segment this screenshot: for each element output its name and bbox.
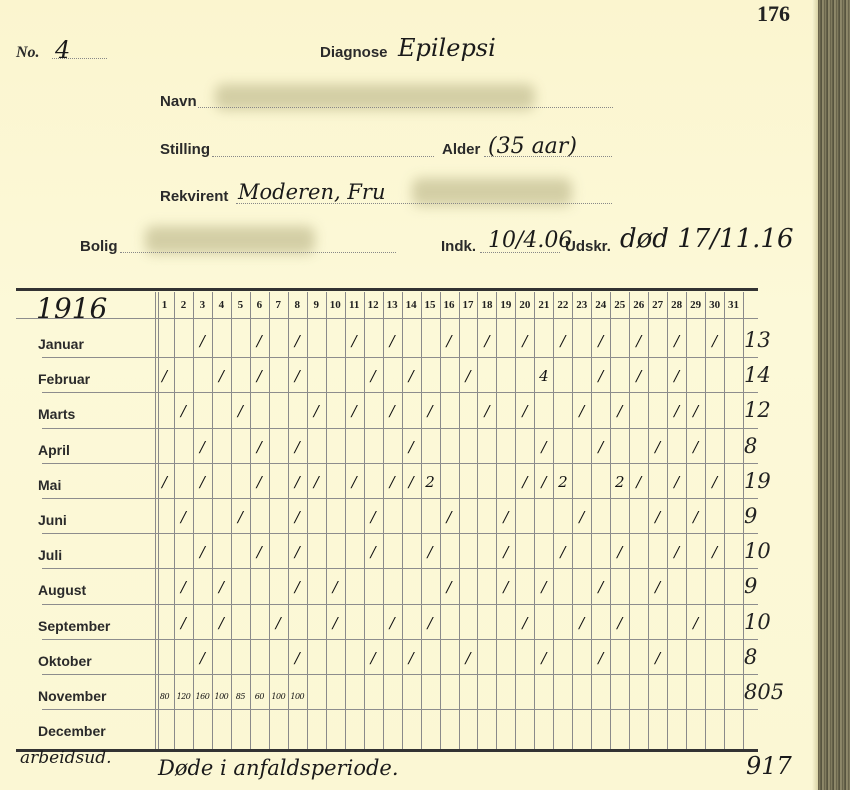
bolig-redacted [145, 226, 315, 254]
udskr-label: Udskr. [565, 238, 611, 255]
day-header: 17 [459, 292, 478, 318]
seizure-mark: / [686, 438, 705, 456]
seizure-mark: / [591, 438, 610, 456]
day-header: 8 [288, 292, 307, 318]
day-header: 15 [421, 292, 440, 318]
rekvirent-value: Moderen, Fru [238, 180, 386, 204]
day-header: 16 [440, 292, 459, 318]
grid-column-line [553, 292, 554, 749]
no-label: No. [16, 44, 40, 62]
day-header: 21 [534, 292, 553, 318]
navn-label: Navn [160, 93, 197, 110]
seizure-mark: / [667, 543, 686, 561]
row-rule [42, 428, 758, 429]
seizure-mark: / [648, 438, 667, 456]
row-rule [42, 639, 758, 640]
day-header: 10 [326, 292, 345, 318]
seizure-mark: 80 [155, 692, 174, 701]
month-total: 12 [744, 398, 790, 422]
month-total: 8 [744, 434, 790, 458]
table-top-rule [16, 288, 758, 291]
grid-column-line [326, 292, 327, 749]
seizure-mark: / [477, 402, 496, 420]
seizure-mark: / [440, 332, 459, 350]
seizure-mark: / [402, 473, 421, 491]
seizure-mark: / [345, 402, 364, 420]
month-label: Juni [38, 512, 67, 528]
grid-column-line [383, 292, 384, 749]
row-rule [42, 533, 758, 534]
seizure-mark: / [705, 543, 724, 561]
month-label: August [38, 582, 86, 598]
grid-column-line [515, 292, 516, 749]
month-total: 14 [744, 363, 790, 387]
seizure-mark: / [496, 543, 515, 561]
month-label: December [38, 723, 106, 739]
footer-left-note: arbeidsud. [20, 748, 111, 768]
seizure-mark: / [231, 402, 250, 420]
day-header: 27 [648, 292, 667, 318]
seizure-mark: / [629, 367, 648, 385]
row-rule [42, 709, 758, 710]
grid-column-line [193, 292, 194, 749]
month-total: 8 [744, 645, 790, 669]
seizure-mark: / [288, 438, 307, 456]
month-label: Juli [38, 547, 62, 563]
month-label: Januar [38, 336, 84, 352]
day-header-row: 1234567891011121314151617181920212223242… [155, 292, 743, 318]
seizure-mark: / [364, 508, 383, 526]
seizure-mark: / [667, 332, 686, 350]
month-total: 9 [744, 504, 790, 528]
seizure-mark: / [591, 367, 610, 385]
seizure-mark: / [174, 402, 193, 420]
day-header: 22 [553, 292, 572, 318]
seizure-mark: / [250, 367, 269, 385]
seizure-mark: / [534, 578, 553, 596]
seizure-mark: / [288, 367, 307, 385]
seizure-mark: / [402, 438, 421, 456]
seizure-log-table: 1916 12345678910111213141516171819202122… [16, 288, 758, 750]
row-rule [42, 357, 758, 358]
day-header: 11 [345, 292, 364, 318]
seizure-mark: / [383, 614, 402, 632]
seizure-mark: / [155, 473, 174, 491]
seizure-mark: / [402, 367, 421, 385]
seizure-mark: / [648, 649, 667, 667]
seizure-mark: / [667, 473, 686, 491]
month-label: Februar [38, 371, 90, 387]
seizure-mark: / [193, 649, 212, 667]
grid-column-line [667, 292, 668, 749]
seizure-mark: / [591, 649, 610, 667]
day-header: 12 [364, 292, 383, 318]
row-rule [42, 568, 758, 569]
day-header: 24 [591, 292, 610, 318]
day-header: 19 [496, 292, 515, 318]
grid-column-line [421, 292, 422, 749]
seizure-mark: / [193, 543, 212, 561]
day-header: 7 [269, 292, 288, 318]
grid-column-line [534, 292, 535, 749]
grid-column-line [610, 292, 611, 749]
seizure-mark: / [345, 473, 364, 491]
month-label: April [38, 442, 70, 458]
seizure-mark: 120 [174, 692, 193, 701]
month-total: 9 [744, 574, 790, 598]
seizure-mark: / [515, 402, 534, 420]
seizure-mark: / [648, 508, 667, 526]
page-number: 176 [757, 1, 790, 27]
ledger-page: 176 No. 4 Diagnose Epilepsi Navn Stillin… [0, 0, 818, 790]
seizure-mark: / [610, 614, 629, 632]
seizure-mark: / [686, 402, 705, 420]
indk-dotted-line [480, 252, 560, 253]
month-label: September [38, 618, 110, 634]
grid-column-line [477, 292, 478, 749]
seizure-mark: / [629, 332, 648, 350]
seizure-mark: / [477, 332, 496, 350]
seizure-mark: / [686, 614, 705, 632]
seizure-mark: 85 [231, 692, 250, 701]
month-total: 13 [744, 328, 790, 352]
seizure-mark: / [250, 543, 269, 561]
seizure-mark: / [440, 578, 459, 596]
seizure-mark: / [421, 402, 440, 420]
seizure-mark: / [174, 508, 193, 526]
day-header: 5 [231, 292, 250, 318]
seizure-mark: / [364, 649, 383, 667]
indk-label: Indk. [441, 238, 476, 255]
grid-column-line [402, 292, 403, 749]
grid-column-line [212, 292, 213, 749]
diagnose-label: Diagnose [320, 44, 388, 61]
day-header: 25 [610, 292, 629, 318]
grid-column-line [307, 292, 308, 749]
seizure-mark: / [326, 614, 345, 632]
alder-dotted-line [484, 156, 612, 157]
seizure-mark: / [610, 402, 629, 420]
rekvirent-dotted-line [236, 203, 612, 204]
grid-column-line [269, 292, 270, 749]
stilling-label: Stilling [160, 141, 210, 158]
day-header: 13 [383, 292, 402, 318]
seizure-mark: / [591, 332, 610, 350]
seizure-mark: 2 [610, 473, 629, 491]
grand-total: 917 [746, 752, 792, 780]
day-header: 14 [402, 292, 421, 318]
seizure-mark: / [364, 367, 383, 385]
day-header: 28 [667, 292, 686, 318]
day-header: 18 [477, 292, 496, 318]
seizure-mark: / [250, 332, 269, 350]
seizure-mark: / [250, 473, 269, 491]
seizure-mark: / [515, 614, 534, 632]
stilling-dotted-line [212, 156, 434, 157]
seizure-mark: / [269, 614, 288, 632]
seizure-mark: / [572, 402, 591, 420]
day-header: 6 [250, 292, 269, 318]
seizure-mark: / [496, 508, 515, 526]
seizure-mark: / [421, 614, 440, 632]
seizure-mark: / [212, 578, 231, 596]
seizure-mark: 160 [193, 692, 212, 701]
seizure-mark: / [307, 402, 326, 420]
month-total: 19 [744, 469, 790, 493]
row-rule [42, 674, 758, 675]
no-value: 4 [55, 36, 70, 64]
seizure-mark: / [326, 578, 345, 596]
seizure-mark: / [288, 578, 307, 596]
alder-label: Alder [442, 141, 480, 158]
grid-column-line [345, 292, 346, 749]
seizure-mark: / [686, 508, 705, 526]
grid-column-line [155, 292, 159, 749]
header-rule [16, 318, 758, 319]
seizure-mark: 2 [421, 473, 440, 491]
indk-value: 10/4.06 [488, 228, 572, 253]
seizure-mark: / [383, 332, 402, 350]
seizure-mark: / [307, 473, 326, 491]
seizure-mark: / [288, 332, 307, 350]
seizure-mark: / [629, 473, 648, 491]
grid-column-line [250, 292, 251, 749]
seizure-mark: / [174, 578, 193, 596]
bolig-dotted-line [120, 252, 396, 253]
seizure-mark: / [288, 543, 307, 561]
day-header: 9 [307, 292, 326, 318]
seizure-mark: / [288, 473, 307, 491]
seizure-mark: / [288, 508, 307, 526]
month-total: 10 [744, 610, 790, 634]
day-header: 31 [724, 292, 743, 318]
seizure-mark: / [421, 543, 440, 561]
row-rule [42, 604, 758, 605]
day-header: 29 [686, 292, 705, 318]
bolig-label: Bolig [80, 238, 118, 255]
seizure-mark: / [212, 614, 231, 632]
seizure-mark: / [515, 332, 534, 350]
no-dotted-line [52, 58, 107, 59]
seizure-mark: / [402, 649, 421, 667]
row-rule [42, 392, 758, 393]
seizure-mark: / [174, 614, 193, 632]
grid-column-line [724, 292, 725, 749]
seizure-mark: / [459, 367, 478, 385]
seizure-mark: 2 [553, 473, 572, 491]
seizure-mark: 4 [534, 367, 553, 385]
seizure-mark: / [440, 508, 459, 526]
month-total: 10 [744, 539, 790, 563]
month-label: Marts [38, 406, 75, 422]
day-header: 26 [629, 292, 648, 318]
rekvirent-label: Rekvirent [160, 188, 228, 205]
month-label: November [38, 688, 106, 704]
seizure-mark: / [553, 332, 572, 350]
day-header: 23 [572, 292, 591, 318]
grid-column-line [591, 292, 592, 749]
seizure-mark: / [648, 578, 667, 596]
seizure-mark: / [534, 649, 553, 667]
day-header: 20 [515, 292, 534, 318]
seizure-mark: / [288, 649, 307, 667]
seizure-mark: / [534, 438, 553, 456]
seizure-mark: / [534, 473, 553, 491]
seizure-mark: / [193, 438, 212, 456]
seizure-mark: / [572, 614, 591, 632]
row-rule [42, 463, 758, 464]
seizure-mark: / [383, 402, 402, 420]
seizure-mark: 100 [212, 692, 231, 701]
seizure-mark: / [364, 543, 383, 561]
seizure-mark: / [231, 508, 250, 526]
seizure-mark: / [705, 473, 724, 491]
rekvirent-redacted [412, 178, 572, 206]
day-header: 4 [212, 292, 231, 318]
udskr-value: død 17/11.16 [620, 224, 793, 254]
seizure-mark: 60 [250, 692, 269, 701]
seizure-mark: / [496, 578, 515, 596]
grid-column-line [629, 292, 630, 749]
day-header: 2 [174, 292, 193, 318]
book-page-edges [818, 0, 850, 790]
grid-column-line [459, 292, 460, 749]
seizure-mark: / [667, 367, 686, 385]
seizure-mark: / [345, 332, 364, 350]
table-bottom-rule [16, 749, 758, 752]
month-label: Oktober [38, 653, 92, 669]
seizure-mark: / [667, 402, 686, 420]
row-rule [42, 498, 758, 499]
seizure-mark: / [515, 473, 534, 491]
seizure-mark: / [212, 367, 231, 385]
seizure-mark: / [459, 649, 478, 667]
year-label: 1916 [36, 292, 107, 325]
seizure-mark: / [553, 543, 572, 561]
seizure-mark: / [705, 332, 724, 350]
seizure-mark: / [572, 508, 591, 526]
seizure-mark: / [193, 473, 212, 491]
seizure-mark: 100 [269, 692, 288, 701]
navn-dotted-line [198, 107, 613, 108]
seizure-mark: / [383, 473, 402, 491]
month-total: 805 [744, 680, 790, 704]
grid-column-line [705, 292, 706, 749]
seizure-mark: / [250, 438, 269, 456]
seizure-mark: / [155, 367, 174, 385]
footer-main-note: Døde i anfaldsperiode. [158, 756, 399, 780]
seizure-mark: / [591, 578, 610, 596]
diagnose-value: Epilepsi [398, 34, 496, 62]
seizure-mark: 100 [288, 692, 307, 701]
seizure-mark: / [193, 332, 212, 350]
seizure-mark: / [610, 543, 629, 561]
day-header: 30 [705, 292, 724, 318]
day-header: 3 [193, 292, 212, 318]
month-label: Mai [38, 477, 61, 493]
